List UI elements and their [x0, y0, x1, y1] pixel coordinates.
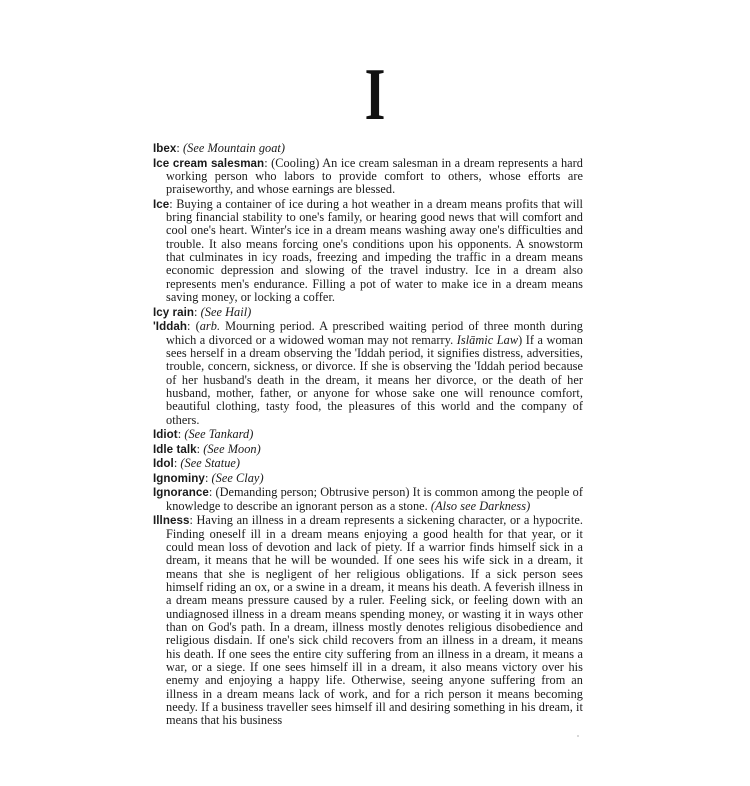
- separator: :: [194, 305, 201, 319]
- cross-reference: (See Mountain goat): [183, 141, 285, 155]
- entry-ignominy: Ignominy: (See Clay): [153, 472, 583, 485]
- entry-term: Idle talk: [153, 443, 197, 456]
- entry-term: Ignominy: [153, 472, 205, 485]
- entry-definition: Buying a container of ice during a hot w…: [166, 197, 583, 304]
- entry-ice: Ice: Buying a container of ice during a …: [153, 198, 583, 305]
- separator: :: [187, 319, 196, 333]
- entry-idle-talk: Idle talk: (See Moon): [153, 443, 583, 456]
- entry-term: Icy rain: [153, 306, 194, 319]
- entry-idol: Idol: (See Statue): [153, 457, 583, 470]
- scan-speck: [577, 735, 579, 737]
- entry-term: Ignorance: [153, 486, 209, 499]
- entry-term: 'Iddah: [153, 320, 187, 333]
- cross-reference: (Also see Darkness): [431, 499, 530, 513]
- cross-reference: (See Tankard): [184, 427, 253, 441]
- entry-idiot: Idiot: (See Tankard): [153, 428, 583, 441]
- entry-icy-rain: Icy rain: (See Hail): [153, 306, 583, 319]
- law-reference: Islāmic Law: [457, 333, 518, 347]
- entry-ice-cream-salesman: Ice cream salesman: (Cooling) An ice cre…: [153, 157, 583, 197]
- entry-ignorance: Ignorance: (Demanding person; Obtrusive …: [153, 486, 583, 513]
- entry-definition: ) If a woman sees herself in a dream obs…: [166, 333, 583, 427]
- entry-ibex: Ibex: (See Mountain goat): [153, 142, 583, 155]
- entry-term: Illness: [153, 514, 189, 527]
- separator: :: [176, 141, 183, 155]
- language-abbrev: arb.: [200, 319, 220, 333]
- separator: :: [205, 471, 212, 485]
- cross-reference: (See Statue): [180, 456, 240, 470]
- entry-definition: Having an illness in a dream represents …: [166, 513, 583, 727]
- entry-term: Idol: [153, 457, 174, 470]
- entry-illness: Illness: Having an illness in a dream re…: [153, 514, 583, 728]
- dictionary-column: Ibex: (See Mountain goat) Ice cream sale…: [153, 142, 583, 729]
- separator: :: [189, 513, 196, 527]
- entry-term: Ice: [153, 198, 169, 211]
- section-letter-heading: I: [105, 58, 645, 132]
- entry-term: Idiot: [153, 428, 178, 441]
- cross-reference: (See Clay): [212, 471, 264, 485]
- entry-iddah: 'Iddah: (arb. Mourning period. A prescri…: [153, 320, 583, 427]
- cross-reference: (See Hail): [201, 305, 252, 319]
- cross-reference: (See Moon): [203, 442, 261, 456]
- entry-term: Ibex: [153, 142, 176, 155]
- entry-term: Ice cream salesman: [153, 157, 264, 170]
